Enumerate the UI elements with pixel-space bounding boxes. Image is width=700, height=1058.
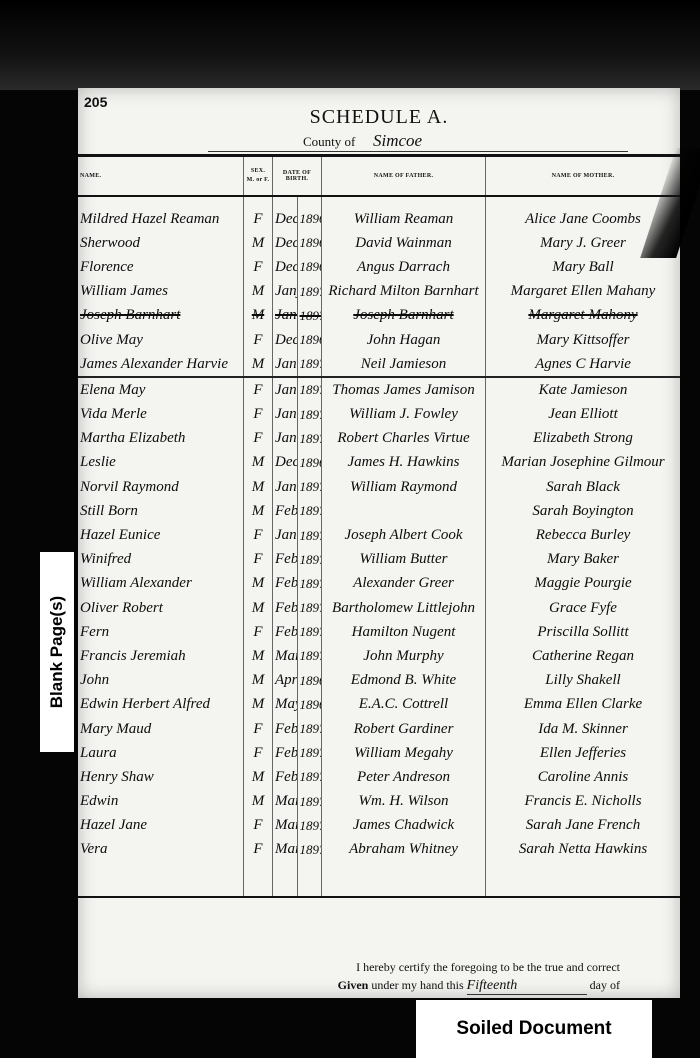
birth-date: Jan. 12 — [273, 403, 298, 427]
birth-date: Mar 12 — [273, 838, 298, 862]
birth-date: Dec 18 — [273, 328, 298, 352]
mother-name: Sarah Boyington — [486, 499, 681, 523]
table-row: Martha Elizabeth F Jan 29 1897 Robert Ch… — [78, 427, 680, 451]
mother-name — [486, 862, 681, 897]
child-sex: F — [244, 403, 273, 427]
birth-year: 1897 — [297, 644, 322, 668]
father-name: Peter Andreson — [322, 765, 486, 789]
child-name: Winifred — [78, 548, 244, 572]
child-sex: F — [244, 427, 273, 451]
child-name: Leslie — [78, 451, 244, 475]
table-row: Still Born M Feb 17 1897 Sarah Boyington — [78, 499, 680, 523]
child-name: Martha Elizabeth — [78, 427, 244, 451]
child-sex: M — [244, 596, 273, 620]
child-name: Francis Jeremiah — [78, 644, 244, 668]
mother-name: Mary Baker — [486, 548, 681, 572]
child-sex: F — [244, 328, 273, 352]
birth-year: 1897 — [297, 596, 322, 620]
mother-name: Rebecca Burley — [486, 523, 681, 547]
table-row: Elena May F Jan 2 1897 Thomas James Jami… — [78, 377, 680, 402]
father-name: Wm. H. Wilson — [322, 790, 486, 814]
column-header-father: NAME OF FATHER. — [322, 156, 486, 197]
birth-date: Feby 26 — [273, 741, 298, 765]
birth-date: Dec. 22 — [273, 231, 298, 255]
child-name: Hazel Eunice — [78, 523, 244, 547]
child-sex: F — [244, 207, 273, 231]
birth-date: Jan 25 — [273, 475, 298, 499]
mother-name: Emma Ellen Clarke — [486, 693, 681, 717]
father-name: Edmond B. White — [322, 669, 486, 693]
birth-year: 1897 — [297, 548, 322, 572]
child-sex — [244, 862, 273, 897]
father-name: William J. Fowley — [322, 403, 486, 427]
birth-date: Jan. 19 — [273, 523, 298, 547]
child-name: William James — [78, 280, 244, 304]
birth-date: Jan 2 — [273, 377, 298, 402]
birth-date: Feby 20 — [273, 717, 298, 741]
table-row: Mildred Hazel Reaman F Dec. 14 1896 Will… — [78, 207, 680, 231]
table-row: William Alexander M Feby 6 1897 Alexande… — [78, 572, 680, 596]
father-name: Bartholomew Littlejohn — [322, 596, 486, 620]
birth-year: 1897 — [297, 572, 322, 596]
register-page: 205 SCHEDULE A. County of Simcoe NAME. S… — [78, 88, 680, 998]
table-row: Fern F Feby 13 1897 Hamilton Nugent Pris… — [78, 620, 680, 644]
birth-year: 1896 — [297, 451, 322, 475]
child-name: Vera — [78, 838, 244, 862]
father-name: James Chadwick — [322, 814, 486, 838]
father-name: Angus Darrach — [322, 255, 486, 279]
county-line: County of Simcoe — [208, 134, 628, 152]
column-header-sex-line1: SEX. — [244, 167, 272, 176]
table-row: Edwin Herbert Alfred M May 13 1896 E.A.C… — [78, 693, 680, 717]
father-name: William Butter — [322, 548, 486, 572]
birth-date: Feby 13 — [273, 620, 298, 644]
child-name: Henry Shaw — [78, 765, 244, 789]
table-row: Joseph Barnhart M Jan 5 1897 Joseph Barn… — [78, 304, 680, 328]
mother-name: Elizabeth Strong — [486, 427, 681, 451]
birth-year: 1897 — [297, 790, 322, 814]
father-name: William Reaman — [322, 207, 486, 231]
father-name: Robert Gardiner — [322, 717, 486, 741]
mother-name: Lilly Shakell — [486, 669, 681, 693]
mother-name: Sarah Jane French — [486, 814, 681, 838]
child-name: James Alexander Harvie — [78, 352, 244, 377]
child-name: John — [78, 669, 244, 693]
table-row: Vida Merle F Jan. 12 1897 William J. Fow… — [78, 403, 680, 427]
column-header-mother: NAME OF MOTHER. — [486, 156, 681, 197]
table-row: Hazel Eunice F Jan. 19 1897 Joseph Alber… — [78, 523, 680, 547]
child-name: Joseph Barnhart — [78, 304, 244, 328]
child-sex: F — [244, 377, 273, 402]
given-prefix: Given — [338, 978, 369, 992]
blank-pages-text: Blank Page(s) — [47, 596, 67, 708]
table-row: Edwin M Mar 23 1897 Wm. H. Wilson Franci… — [78, 790, 680, 814]
child-sex: M — [244, 644, 273, 668]
birth-date: May 13 — [273, 693, 298, 717]
mother-name: Mary Kittsoffer — [486, 328, 681, 352]
child-sex: F — [244, 838, 273, 862]
mother-name: Sarah Netta Hawkins — [486, 838, 681, 862]
blank-pages-label: Blank Page(s) — [40, 552, 74, 752]
child-sex: M — [244, 669, 273, 693]
child-name: Edwin Herbert Alfred — [78, 693, 244, 717]
day-suffix: day of — [590, 978, 620, 992]
scan-top-shadow — [0, 0, 700, 90]
father-name: Abraham Whitney — [322, 838, 486, 862]
father-name: David Wainman — [322, 231, 486, 255]
birth-date: Dec. 14 — [273, 207, 298, 231]
mother-name: Margaret Mahony — [486, 304, 681, 328]
mother-name: Catherine Regan — [486, 644, 681, 668]
mother-name: Jean Elliott — [486, 403, 681, 427]
child-sex: M — [244, 765, 273, 789]
child-name: Mildred Hazel Reaman — [78, 207, 244, 231]
mother-name: Kate Jamieson — [486, 377, 681, 402]
county-rule — [208, 151, 628, 152]
child-name: Fern — [78, 620, 244, 644]
birth-date: Feby 15 — [273, 765, 298, 789]
table-row: Sherwood M Dec. 22 1896 David Wainman Ma… — [78, 231, 680, 255]
birth-date: Jan 5 — [273, 304, 298, 328]
child-sex: F — [244, 814, 273, 838]
birth-year: 1897 — [297, 377, 322, 402]
table-row: Francis Jeremiah M Mar 4 1897 John Murph… — [78, 644, 680, 668]
child-name: Oliver Robert — [78, 596, 244, 620]
child-name: Still Born — [78, 499, 244, 523]
child-name: Sherwood — [78, 231, 244, 255]
child-name: Norvil Raymond — [78, 475, 244, 499]
birth-year: 1896 — [297, 693, 322, 717]
child-sex: M — [244, 572, 273, 596]
table-row: John M Apr 29 1896 Edmond B. White Lilly… — [78, 669, 680, 693]
child-sex: M — [244, 499, 273, 523]
mother-name: Ellen Jefferies — [486, 741, 681, 765]
child-sex: F — [244, 548, 273, 572]
birth-year: 1897 — [297, 814, 322, 838]
birth-year — [297, 862, 322, 897]
column-header-sex: SEX. M. or F. — [244, 156, 273, 197]
given-text: under my hand this — [371, 978, 463, 992]
father-name: John Hagan — [322, 328, 486, 352]
birth-date: Mar 4 — [273, 644, 298, 668]
birth-date: Feby 20 — [273, 548, 298, 572]
county-value: Simcoe — [373, 131, 422, 151]
birth-year: 1896 — [297, 231, 322, 255]
father-name: E.A.C. Cottrell — [322, 693, 486, 717]
schedule-title: SCHEDULE A. — [78, 106, 680, 129]
mother-name: Mary Ball — [486, 255, 681, 279]
birth-date: Feby 28 — [273, 596, 298, 620]
table-row: Norvil Raymond M Jan 25 1897 William Ray… — [78, 475, 680, 499]
table-row: Mary Maud F Feby 20 1897 Robert Gardiner… — [78, 717, 680, 741]
child-name: Olive May — [78, 328, 244, 352]
birth-date: Mar. 15 — [273, 814, 298, 838]
birth-year: 1897 — [297, 499, 322, 523]
table-header-row: NAME. SEX. M. or F. DATE OF BIRTH. NAME … — [78, 156, 680, 197]
child-sex: M — [244, 451, 273, 475]
birth-date: Apr 29 — [273, 669, 298, 693]
table-spacer-row — [78, 196, 680, 207]
day-value: Fifteenth — [467, 978, 587, 995]
birth-year: 1897 — [297, 717, 322, 741]
mother-name: Agnes C Harvie — [486, 352, 681, 377]
child-sex: M — [244, 790, 273, 814]
birth-year: 1897 — [297, 403, 322, 427]
birth-date: Jany 5 — [273, 280, 298, 304]
father-name: Joseph Albert Cook — [322, 523, 486, 547]
child-name: Hazel Jane — [78, 814, 244, 838]
table-row: Vera F Mar 12 1897 Abraham Whitney Sarah… — [78, 838, 680, 862]
table-row: Leslie M Dec 21 1896 James H. Hawkins Ma… — [78, 451, 680, 475]
child-name: Florence — [78, 255, 244, 279]
mother-name: Sarah Black — [486, 475, 681, 499]
birth-year: 1896 — [297, 328, 322, 352]
child-sex: M — [244, 280, 273, 304]
mother-name: Mary J. Greer — [486, 231, 681, 255]
father-name: William Raymond — [322, 475, 486, 499]
birth-date: Mar 23 — [273, 790, 298, 814]
birth-year: 1897 — [297, 620, 322, 644]
table-row: Florence F Dec. 31 1896 Angus Darrach Ma… — [78, 255, 680, 279]
mother-name: Caroline Annis — [486, 765, 681, 789]
birth-date: Feby 6 — [273, 572, 298, 596]
mother-name: Priscilla Sollitt — [486, 620, 681, 644]
child-name: Mary Maud — [78, 717, 244, 741]
birth-year: 1896 — [297, 207, 322, 231]
father-name: John Murphy — [322, 644, 486, 668]
child-sex: F — [244, 255, 273, 279]
soiled-document-label: Soiled Document — [416, 1000, 652, 1058]
child-sex: F — [244, 523, 273, 547]
table-empty-row — [78, 862, 680, 897]
child-sex: F — [244, 620, 273, 644]
child-sex: M — [244, 304, 273, 328]
child-name — [78, 862, 244, 897]
child-name: Laura — [78, 741, 244, 765]
birth-year: 1897 — [297, 427, 322, 451]
mother-name: Grace Fyfe — [486, 596, 681, 620]
table-row: Hazel Jane F Mar. 15 1897 James Chadwick… — [78, 814, 680, 838]
birth-year: 1897 — [297, 523, 322, 547]
table-row: James Alexander Harvie M Jan. 13 1897 Ne… — [78, 352, 680, 377]
birth-date: Jan 29 — [273, 427, 298, 451]
child-sex: F — [244, 717, 273, 741]
birth-year: 1897 — [297, 838, 322, 862]
table-row: Winifred F Feby 20 1897 William Butter M… — [78, 548, 680, 572]
father-name: Robert Charles Virtue — [322, 427, 486, 451]
birth-year: 1897 — [297, 741, 322, 765]
birth-date — [273, 862, 298, 897]
birth-date: Dec. 31 — [273, 255, 298, 279]
father-name: Joseph Barnhart — [322, 304, 486, 328]
birth-year: 1897 — [297, 304, 322, 328]
table-row: William James M Jany 5 1897 Richard Milt… — [78, 280, 680, 304]
mother-name: Francis E. Nicholls — [486, 790, 681, 814]
table-row: Oliver Robert M Feby 28 1897 Bartholomew… — [78, 596, 680, 620]
county-label: County of — [303, 134, 355, 150]
child-name: Edwin — [78, 790, 244, 814]
father-name: Thomas James Jamison — [322, 377, 486, 402]
mother-name: Ida M. Skinner — [486, 717, 681, 741]
father-name: James H. Hawkins — [322, 451, 486, 475]
child-sex: F — [244, 741, 273, 765]
birth-year: 1896 — [297, 669, 322, 693]
birth-date: Dec 21 — [273, 451, 298, 475]
child-name: William Alexander — [78, 572, 244, 596]
birth-year: 1897 — [297, 352, 322, 377]
child-name: Elena May — [78, 377, 244, 402]
birth-register-table: NAME. SEX. M. or F. DATE OF BIRTH. NAME … — [78, 154, 680, 898]
column-header-date: DATE OF BIRTH. — [273, 156, 322, 197]
birth-year: 1897 — [297, 280, 322, 304]
father-name: Neil Jamieson — [322, 352, 486, 377]
column-header-sex-line2: M. or F. — [244, 176, 272, 185]
father-name: Alexander Greer — [322, 572, 486, 596]
mother-name: Marian Josephine Gilmour — [486, 451, 681, 475]
father-name: William Megahy — [322, 741, 486, 765]
birth-date: Feb 17 — [273, 499, 298, 523]
birth-date: Jan. 13 — [273, 352, 298, 377]
birth-year: 1896 — [297, 255, 322, 279]
father-name: Richard Milton Barnhart — [322, 280, 486, 304]
child-name: Vida Merle — [78, 403, 244, 427]
birth-year: 1897 — [297, 475, 322, 499]
table-row: Henry Shaw M Feby 15 1897 Peter Andreson… — [78, 765, 680, 789]
given-line: Given under my hand this Fifteenth day o… — [338, 978, 620, 995]
table-row: Olive May F Dec 18 1896 John Hagan Mary … — [78, 328, 680, 352]
father-name — [322, 862, 486, 897]
father-name: Hamilton Nugent — [322, 620, 486, 644]
column-header-name: NAME. — [78, 156, 244, 197]
mother-name: Maggie Pourgie — [486, 572, 681, 596]
child-sex: M — [244, 352, 273, 377]
certify-text: I hereby certify the foregoing to be the… — [356, 960, 620, 975]
mother-name: Alice Jane Coombs — [486, 207, 681, 231]
father-name — [322, 499, 486, 523]
child-sex: M — [244, 231, 273, 255]
child-sex: M — [244, 693, 273, 717]
birth-year: 1897 — [297, 765, 322, 789]
child-sex: M — [244, 475, 273, 499]
table-row: Laura F Feby 26 1897 William Megahy Elle… — [78, 741, 680, 765]
mother-name: Margaret Ellen Mahany — [486, 280, 681, 304]
